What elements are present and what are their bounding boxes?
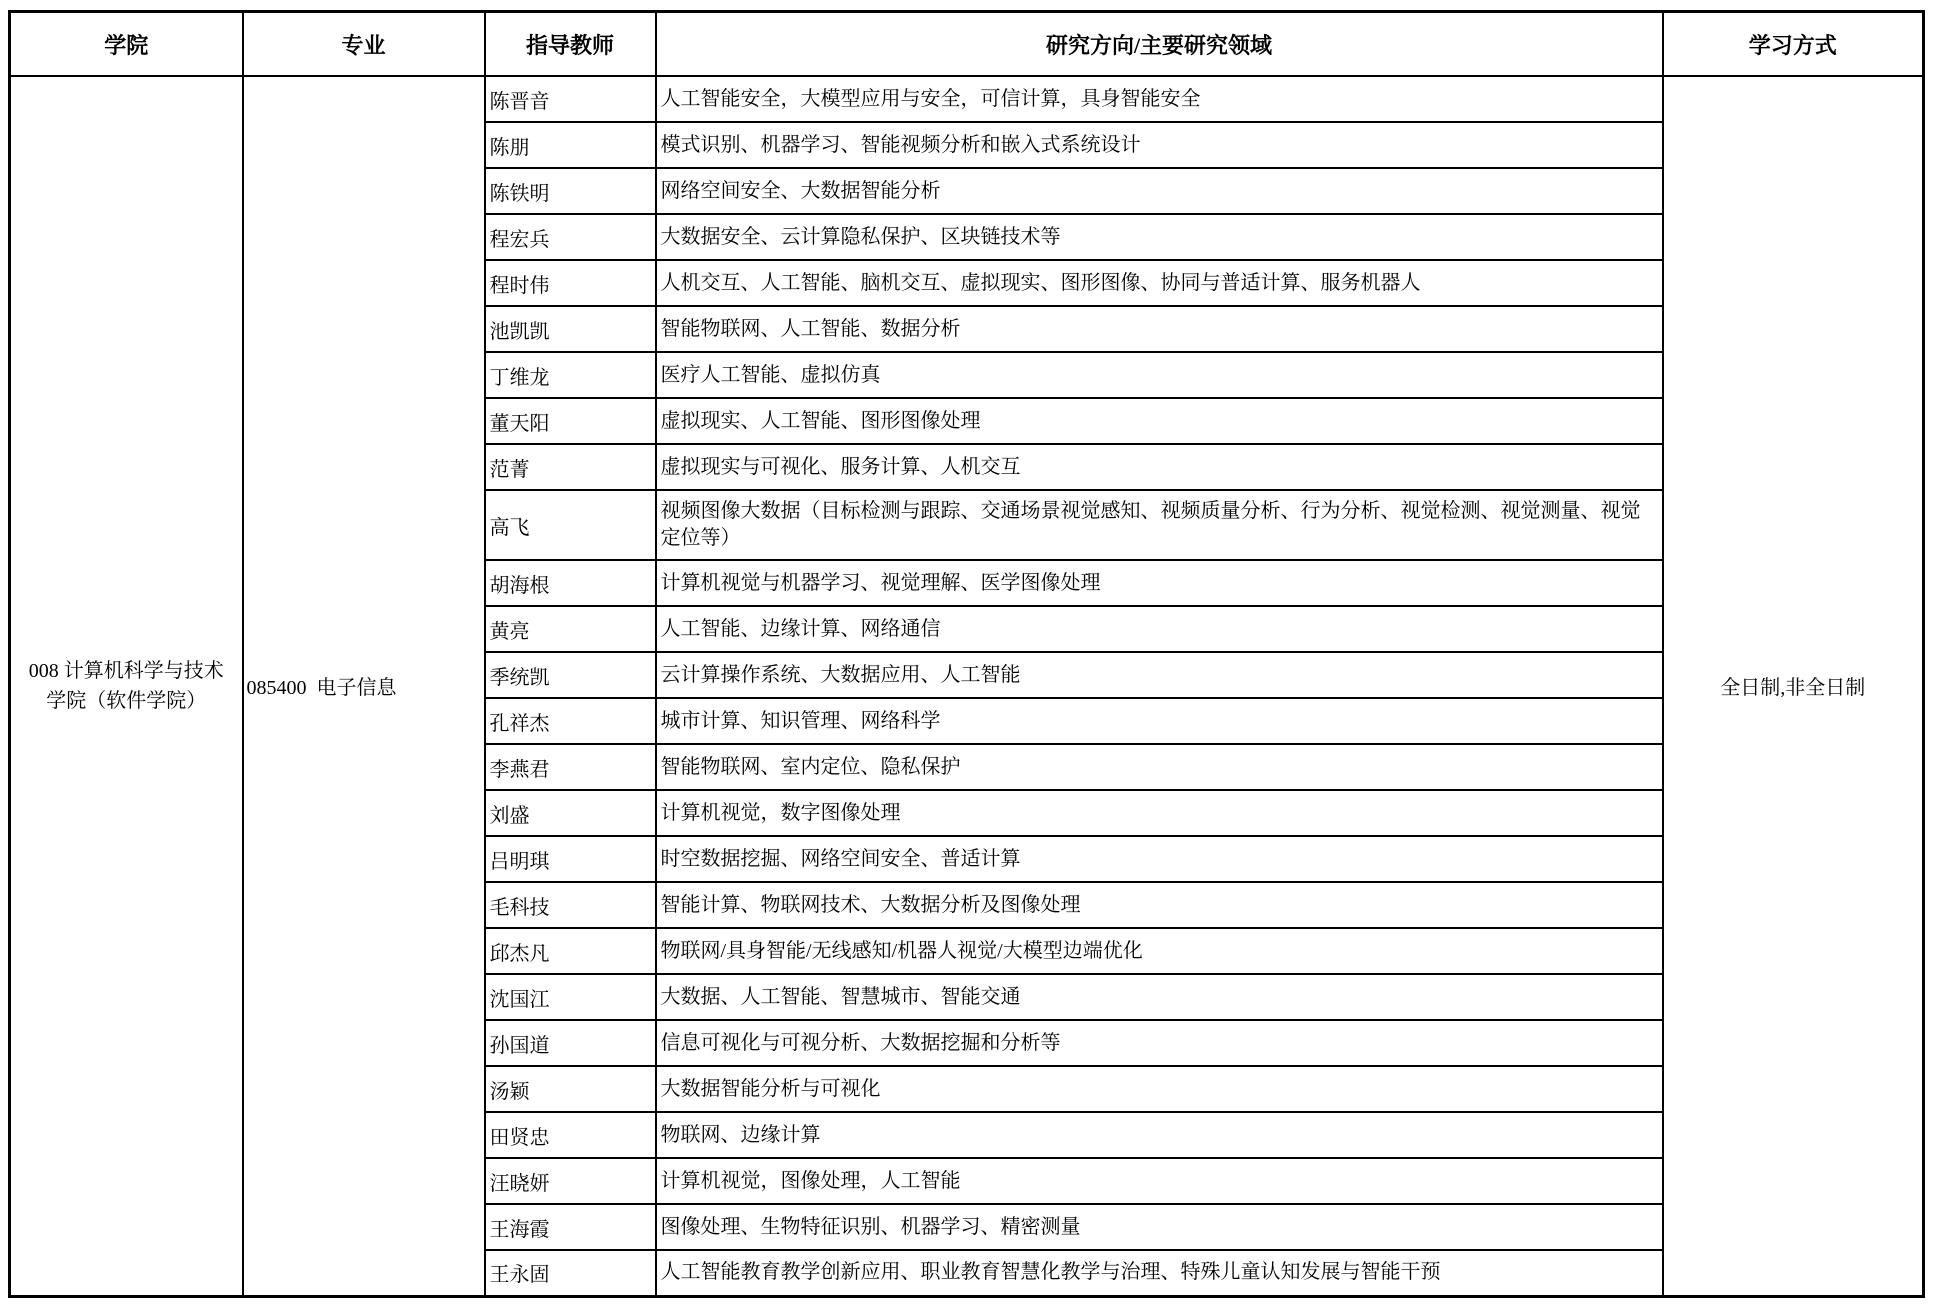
- header-study-mode: 学习方式: [1663, 12, 1924, 77]
- research-areas-cell: 时空数据挖掘、网络空间安全、普适计算: [656, 836, 1663, 882]
- table-row: 008 计算机科学与技术 学院（软件学院）085400 电子信息陈晋音人工智能安…: [10, 76, 1924, 122]
- research-areas-cell: 物联网/具身智能/无线感知/机器人视觉/大模型边端优化: [656, 928, 1663, 974]
- advisor-name-cell: 程时伟: [485, 260, 656, 306]
- research-areas-cell: 物联网、边缘计算: [656, 1112, 1663, 1158]
- advisor-name-cell: 高飞: [485, 490, 656, 560]
- research-areas-cell: 计算机视觉，图像处理，人工智能: [656, 1158, 1663, 1204]
- advisor-name-cell: 池凯凯: [485, 306, 656, 352]
- research-areas-cell: 计算机视觉与机器学习、视觉理解、医学图像处理: [656, 560, 1663, 606]
- advisor-name-cell: 黄亮: [485, 606, 656, 652]
- advisor-name-cell: 陈晋音: [485, 76, 656, 122]
- college-cell: 008 计算机科学与技术 学院（软件学院）: [10, 76, 243, 1296]
- header-college: 学院: [10, 12, 243, 77]
- header-major: 专业: [243, 12, 485, 77]
- header-row: 学院 专业 指导教师 研究方向/主要研究领域 学习方式: [10, 12, 1924, 77]
- major-cell: 085400 电子信息: [243, 76, 485, 1296]
- research-areas-cell: 人工智能安全，大模型应用与安全，可信计算，具身智能安全: [656, 76, 1663, 122]
- advisor-name-cell: 吕明琪: [485, 836, 656, 882]
- research-areas-cell: 人工智能教育教学创新应用、职业教育智慧化教学与治理、特殊儿童认知发展与智能干预: [656, 1250, 1663, 1296]
- advisor-name-cell: 汤颖: [485, 1066, 656, 1112]
- advisor-name-cell: 王永固: [485, 1250, 656, 1296]
- research-areas-cell: 计算机视觉，数字图像处理: [656, 790, 1663, 836]
- advisor-name-cell: 刘盛: [485, 790, 656, 836]
- research-areas-cell: 大数据安全、云计算隐私保护、区块链技术等: [656, 214, 1663, 260]
- advisor-name-cell: 陈朋: [485, 122, 656, 168]
- advisor-name-cell: 毛科技: [485, 882, 656, 928]
- research-areas-cell: 大数据智能分析与可视化: [656, 1066, 1663, 1112]
- research-areas-cell: 虚拟现实、人工智能、图形图像处理: [656, 398, 1663, 444]
- study-mode-cell: 全日制,非全日制: [1663, 76, 1924, 1296]
- research-areas-cell: 大数据、人工智能、智慧城市、智能交通: [656, 974, 1663, 1020]
- research-areas-cell: 智能物联网、室内定位、隐私保护: [656, 744, 1663, 790]
- advisor-name-cell: 程宏兵: [485, 214, 656, 260]
- advisor-name-cell: 丁维龙: [485, 352, 656, 398]
- advisor-name-cell: 王海霞: [485, 1204, 656, 1250]
- advisor-name-cell: 孙国道: [485, 1020, 656, 1066]
- advisor-name-cell: 汪晓妍: [485, 1158, 656, 1204]
- advisor-name-cell: 沈国江: [485, 974, 656, 1020]
- advisor-name-cell: 董天阳: [485, 398, 656, 444]
- advisor-name-cell: 陈铁明: [485, 168, 656, 214]
- research-areas-cell: 智能计算、物联网技术、大数据分析及图像处理: [656, 882, 1663, 928]
- research-areas-cell: 视频图像大数据（目标检测与跟踪、交通场景视觉感知、视频质量分析、行为分析、视觉检…: [656, 490, 1663, 560]
- header-research: 研究方向/主要研究领域: [656, 12, 1663, 77]
- research-areas-cell: 图像处理、生物特征识别、机器学习、精密测量: [656, 1204, 1663, 1250]
- research-areas-cell: 云计算操作系统、大数据应用、人工智能: [656, 652, 1663, 698]
- advisor-name-cell: 田贤忠: [485, 1112, 656, 1158]
- advisor-roster-table: 学院 专业 指导教师 研究方向/主要研究领域 学习方式 008 计算机科学与技术…: [8, 10, 1925, 1298]
- advisor-name-cell: 孔祥杰: [485, 698, 656, 744]
- advisor-name-cell: 范菁: [485, 444, 656, 490]
- research-areas-cell: 智能物联网、人工智能、数据分析: [656, 306, 1663, 352]
- advisor-name-cell: 季统凯: [485, 652, 656, 698]
- advisor-name-cell: 邱杰凡: [485, 928, 656, 974]
- advisor-name-cell: 李燕君: [485, 744, 656, 790]
- table-header: 学院 专业 指导教师 研究方向/主要研究领域 学习方式: [10, 12, 1924, 77]
- research-areas-cell: 信息可视化与可视分析、大数据挖掘和分析等: [656, 1020, 1663, 1066]
- research-areas-cell: 人机交互、人工智能、脑机交互、虚拟现实、图形图像、协同与普适计算、服务机器人: [656, 260, 1663, 306]
- research-areas-cell: 城市计算、知识管理、网络科学: [656, 698, 1663, 744]
- research-areas-cell: 模式识别、机器学习、智能视频分析和嵌入式系统设计: [656, 122, 1663, 168]
- research-areas-cell: 医疗人工智能、虚拟仿真: [656, 352, 1663, 398]
- header-advisor: 指导教师: [485, 12, 656, 77]
- advisor-name-cell: 胡海根: [485, 560, 656, 606]
- research-areas-cell: 网络空间安全、大数据智能分析: [656, 168, 1663, 214]
- research-areas-cell: 人工智能、边缘计算、网络通信: [656, 606, 1663, 652]
- research-areas-cell: 虚拟现实与可视化、服务计算、人机交互: [656, 444, 1663, 490]
- table-body: 008 计算机科学与技术 学院（软件学院）085400 电子信息陈晋音人工智能安…: [10, 76, 1924, 1296]
